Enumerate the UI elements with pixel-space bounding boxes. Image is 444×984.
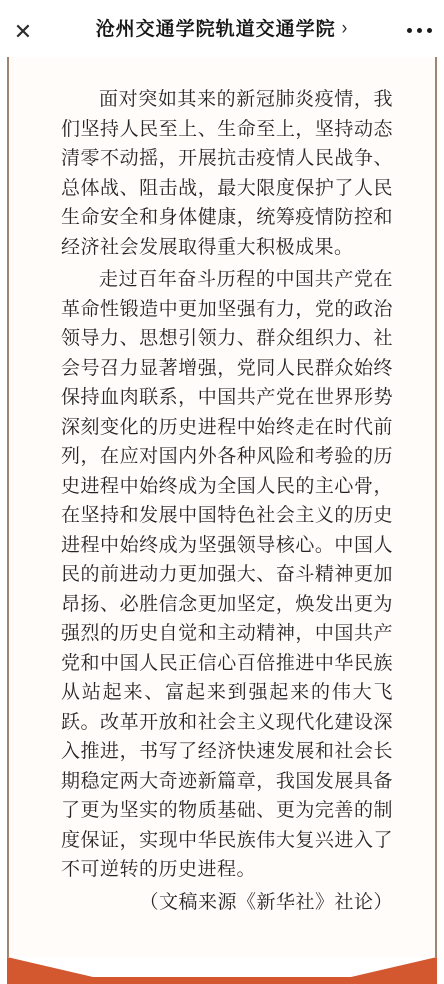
close-icon[interactable]: ✕ (11, 22, 35, 46)
chevron-right-icon: › (342, 16, 349, 39)
dot (407, 28, 412, 33)
paragraph-1: 面对突如其来的新冠肺炎疫情，我们坚持人民至上、生命至上，坚持动态清零不动摇，开展… (61, 85, 393, 262)
page-title: 沧州交通学院轨道交通学院 (96, 14, 336, 41)
account-title-link[interactable]: 沧州交通学院轨道交通学院 › (96, 14, 349, 41)
dot (427, 28, 432, 33)
paragraph-2: 走过百年奋斗历程的中国共产党在革命性锻造中更加坚强有力，党的政治领导力、思想引领… (61, 265, 393, 885)
nav-bar: ✕ 沧州交通学院轨道交通学院 › (0, 0, 444, 54)
article-body: 面对突如其来的新冠肺炎疫情，我们坚持人民至上、生命至上，坚持动态清零不动摇，开展… (9, 57, 435, 957)
source-attribution: （文稿来源《新华社》社论） (61, 888, 393, 918)
bottom-ribbon-decoration (7, 957, 437, 984)
nav-title-wrap: 沧州交通学院轨道交通学院 › (0, 0, 444, 54)
more-menu-icon[interactable] (405, 24, 434, 37)
dot (417, 28, 422, 33)
article-frame: 面对突如其来的新冠肺炎疫情，我们坚持人民至上、生命至上，坚持动态清零不动摇，开展… (7, 57, 437, 957)
